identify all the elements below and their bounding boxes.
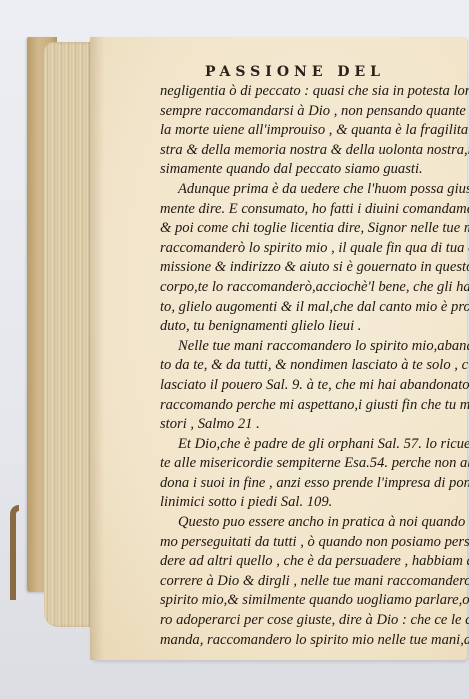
paragraph-start-line: Questo puo essere ancho in pratica à noi…	[160, 513, 460, 533]
text-line: dona i suoi in fine , anzi esso prende l…	[160, 474, 460, 494]
text-line: & poi come chi toglie licentia dire, Sig…	[160, 219, 460, 239]
text-line: mente dire. E consumato, ho fatti i diui…	[160, 200, 460, 220]
paragraph-start-line: Nelle tue mani raccomandero lo spirito m…	[160, 337, 460, 357]
text-line: stori , Salmo 21 .	[160, 415, 460, 435]
book-photo: PASSIONE DEL negligentia ò di peccato : …	[0, 0, 469, 699]
text-line: stra & della memoria nostra & della uolo…	[160, 141, 460, 161]
text-line: duto, tu benignamenti glielo lieui .	[160, 317, 460, 337]
text-line: raccomanderò lo spirito mio , il quale f…	[160, 239, 460, 259]
text-line: missione & indirizzo & aiuto si è gouern…	[160, 258, 460, 278]
text-line: raccomando perche mi aspettano,i giusti …	[160, 396, 460, 416]
paragraph-start-line: Adunque prima è da uedere che l'huom pos…	[160, 180, 460, 200]
text-line: manda, raccomandero lo spirito mio nelle…	[160, 631, 460, 651]
page-stack-edges	[44, 42, 92, 627]
text-line: corpo,te lo raccomanderò,acciochè'l bene…	[160, 278, 460, 298]
text-line: lasciato il pouero Sal. 9. à te, che mi …	[160, 376, 460, 396]
text-line: la morte uiene all'improuiso , & quanta …	[160, 121, 460, 141]
running-head: PASSIONE DEL	[205, 64, 385, 80]
text-line: to, glielo augomenti & il mal,che dal ca…	[160, 298, 460, 318]
text-line: spirito mio,& similmente quando uogliamo…	[160, 591, 460, 611]
text-line: dere ad altri quello , che è da persuade…	[160, 552, 460, 572]
text-line: correre à Dio & dirgli , nelle tue mani …	[160, 572, 460, 592]
text-line: to da te, & da tutti, & nondimen lasciat…	[160, 356, 460, 376]
text-line: sempre raccomandarsi à Dio , non pensand…	[160, 102, 460, 122]
ribbon-bookmark	[10, 505, 19, 600]
paragraph-start-line: Et Dio,che è padre de gli orphani Sal. 5…	[160, 435, 460, 455]
page-body-text: negligentia ò di peccato : quasi che sia…	[160, 82, 460, 650]
text-line: ro adoperarci per cose giuste, dire à Di…	[160, 611, 460, 631]
text-line: linimici sotto i piedi Sal. 109.	[160, 493, 460, 513]
text-line: negligentia ò di peccato : quasi che sia…	[160, 82, 460, 102]
text-line: te alle misericordie sempiterne Esa.54. …	[160, 454, 460, 474]
text-line: simamente quando dal peccato siamo guast…	[160, 160, 460, 180]
text-line: mo perseguitati da tutti , ò quando non …	[160, 533, 460, 553]
